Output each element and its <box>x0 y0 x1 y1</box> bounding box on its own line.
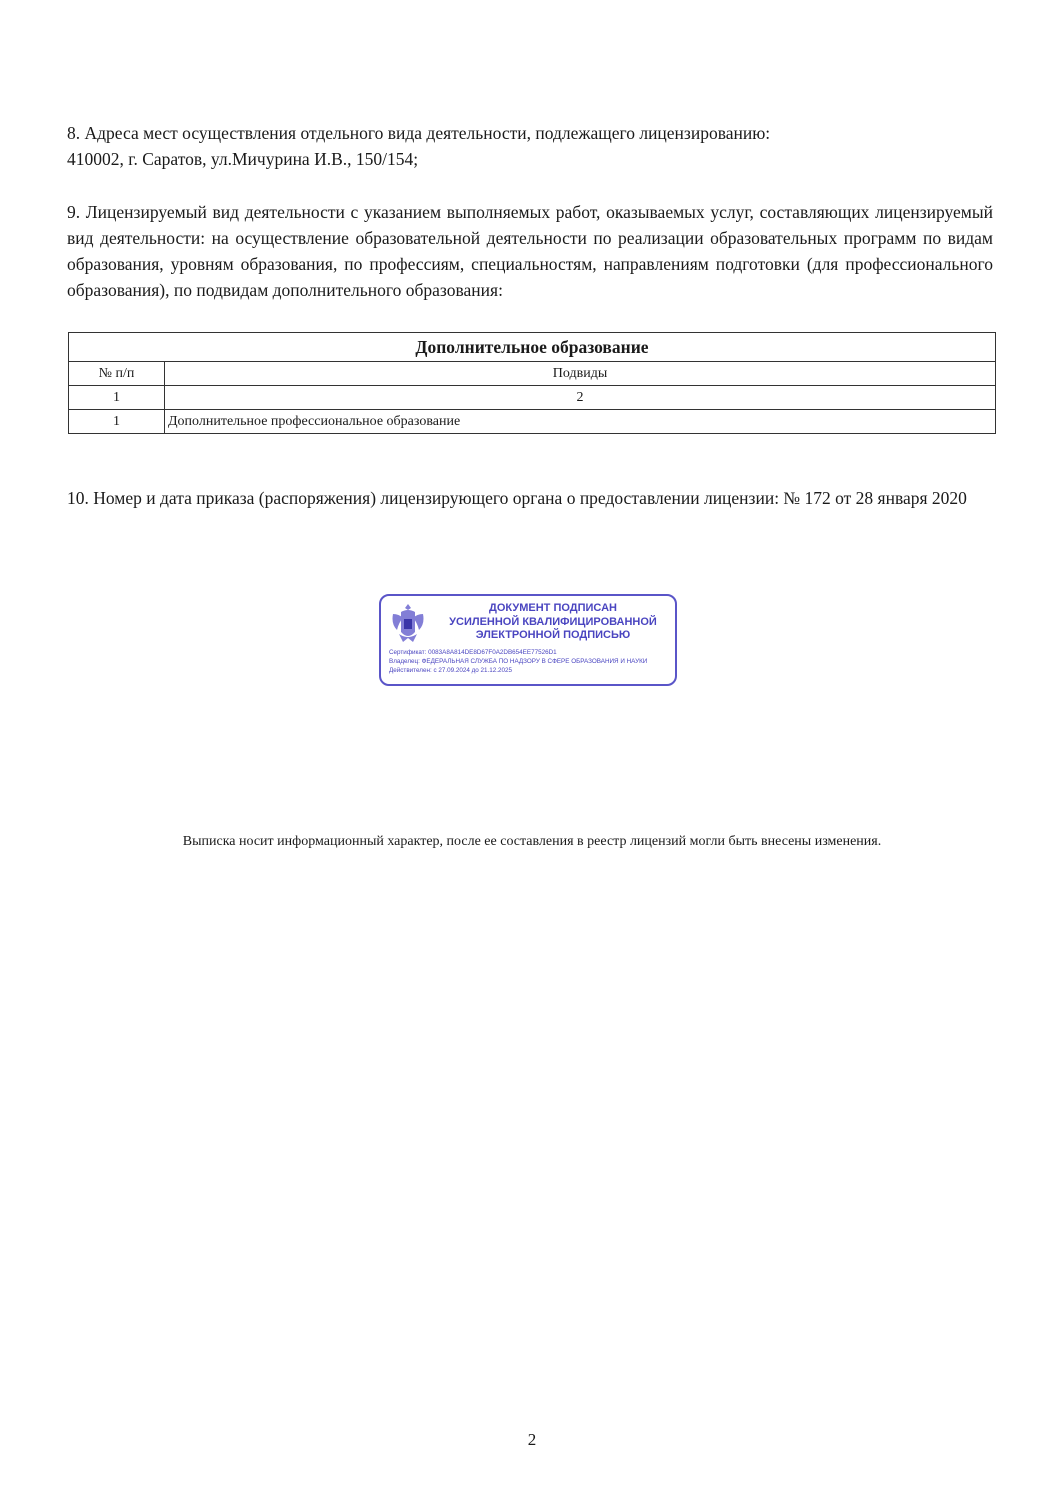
electronic-signature-stamp: ДОКУМЕНТ ПОДПИСАН УСИЛЕННОЙ КВАЛИФИЦИРОВ… <box>379 594 677 686</box>
stamp-certificate: Сертификат: 0083A8A814DE8D67F0A2DB654EE7… <box>389 648 557 657</box>
row-subtype-cell: Дополнительное профессиональное образова… <box>165 410 996 434</box>
section-8-addresses: 8. Адреса мест осуществления отдельного … <box>67 120 993 172</box>
table-header-row: № п/п Подвиды <box>69 362 996 386</box>
index-cell: 2 <box>165 386 996 410</box>
stamp-heading: ДОКУМЕНТ ПОДПИСАН УСИЛЕННОЙ КВАЛИФИЦИРОВ… <box>433 602 673 643</box>
page-number: 2 <box>0 1430 1064 1450</box>
additional-education-table: Дополнительное образование № п/п Подвиды… <box>68 332 996 434</box>
stamp-validity: Действителен: с 27.09.2024 до 21.12.2025 <box>389 666 512 675</box>
table-row: 1 Дополнительное профессиональное образо… <box>69 410 996 434</box>
index-cell: 1 <box>69 386 165 410</box>
table-title-row: Дополнительное образование <box>69 333 996 362</box>
stamp-line-3: ЭЛЕКТРОННОЙ ПОДПИСЬЮ <box>433 629 673 643</box>
section-10-order: 10. Номер и дата приказа (распоряжения) … <box>67 485 993 511</box>
column-header-subtypes: Подвиды <box>165 362 996 386</box>
stamp-line-2: УСИЛЕННОЙ КВАЛИФИЦИРОВАННОЙ <box>433 616 673 630</box>
section-8-address-value: 410002, г. Саратов, ул.Мичурина И.В., 15… <box>67 146 993 172</box>
stamp-owner: Владелец: ФЕДЕРАЛЬНАЯ СЛУЖБА ПО НАДЗОРУ … <box>389 657 647 666</box>
column-header-number: № п/п <box>69 362 165 386</box>
informational-disclaimer: Выписка носит информационный характер, п… <box>0 834 1064 850</box>
table-index-row: 1 2 <box>69 386 996 410</box>
stamp-line-1: ДОКУМЕНТ ПОДПИСАН <box>433 602 673 616</box>
coat-of-arms-icon <box>389 602 427 646</box>
section-8-heading: 8. Адреса мест осуществления отдельного … <box>67 120 993 146</box>
section-9-activity-type: 9. Лицензируемый вид деятельности с указ… <box>67 199 993 303</box>
table-title: Дополнительное образование <box>69 333 996 362</box>
row-number-cell: 1 <box>69 410 165 434</box>
